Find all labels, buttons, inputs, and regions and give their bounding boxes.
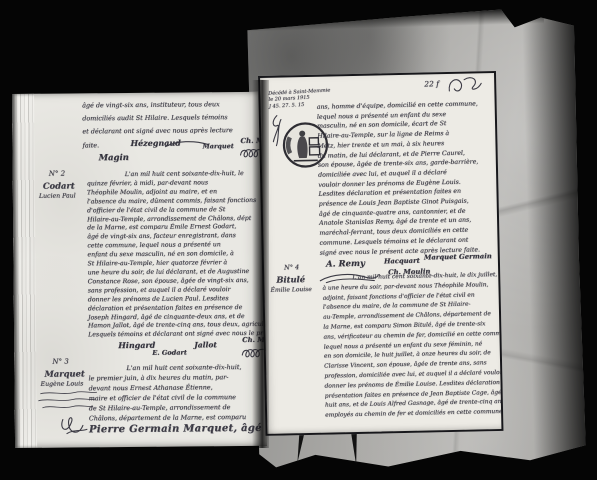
birth-act-3-continuation-text: ans, homme d'équipe, domicilié en cette …	[317, 99, 498, 258]
register-scan: âgé de vingt-six ans, instituteur, tous …	[0, 0, 597, 480]
book-gutter-shadow	[252, 80, 269, 448]
act-surname: Codart	[43, 180, 75, 190]
signature: Jallot	[194, 340, 217, 349]
signature: Marquet Germain	[424, 252, 492, 261]
act-number: N° 4	[284, 263, 299, 271]
left-page: âgé de vingt-six ans, instituteur, tous …	[12, 92, 267, 448]
folio-number: 22 f	[424, 79, 439, 88]
act-number: N° 2	[49, 170, 65, 178]
page-stack-edges	[12, 94, 37, 448]
signature: Hacquart	[384, 257, 420, 266]
signature: A. Remy	[326, 259, 365, 270]
birth-act-3-text: L'an mil huit cent soixante-dix-huit,le …	[88, 362, 267, 424]
act-surname: Marquet	[44, 368, 84, 378]
birth-act-2-text: L'an mil huit cent soixante-dix-huit, le…	[87, 170, 267, 341]
birth-act-4-text: L'an mil huit cent soixante-dix-huit, le…	[322, 271, 502, 422]
act-firstnames: Émilie Louise	[270, 286, 311, 294]
act-number: N° 3	[52, 358, 68, 366]
handwritten-line: Châlons, département de la Marne, est co…	[89, 412, 267, 424]
act-firstnames: Eugène Louis	[41, 380, 84, 387]
signature: Marquet	[202, 142, 233, 150]
handwritten-line: Lesquels témoins et déclarant ont signé …	[88, 330, 267, 340]
birth-act-3-comparant-line: Pierre Germain Marquet, âgé de trente-se…	[89, 423, 267, 436]
act-surname: Bitulé	[276, 274, 305, 285]
paraph-icon	[446, 74, 484, 97]
signature: E. Godart	[152, 348, 187, 356]
right-page: 22 f Décédé à Saint-Memmiele 20 mars 191…	[258, 71, 503, 436]
handwritten-line: l'absence du maire, dûment commis, faisa…	[87, 196, 267, 206]
signature: Magin	[99, 153, 129, 163]
signature: Hingard	[118, 340, 155, 350]
act-firstnames: Lucien Paul	[39, 192, 76, 199]
